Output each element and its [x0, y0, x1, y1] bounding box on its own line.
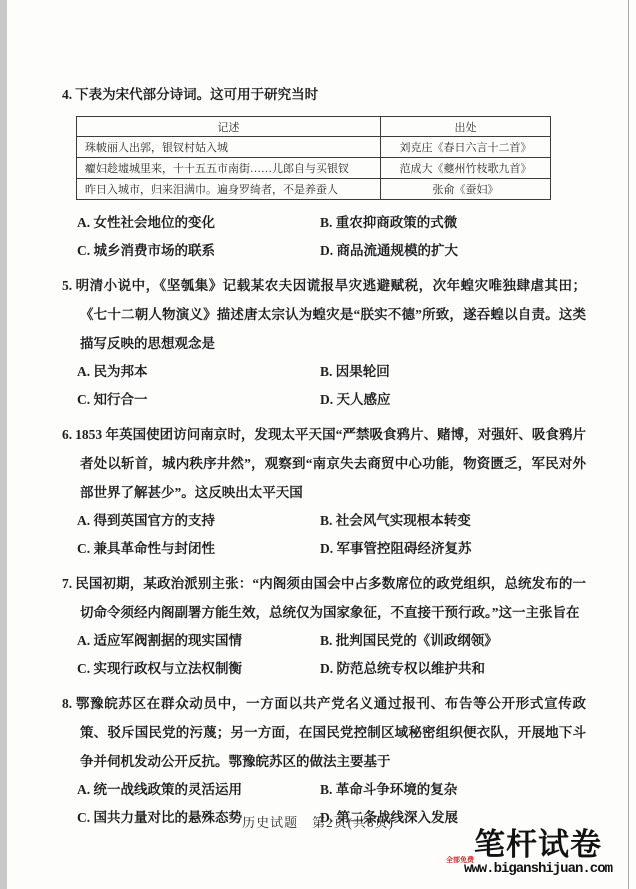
option-b: B. 因果轮回	[320, 358, 586, 386]
watermark: 全部免费 笔杆试卷 www.biganshijuan.com	[464, 828, 612, 877]
table-row: 珠帔丽人出郭，银钗村姑入城 刘克庄《春日六言十二首》	[77, 137, 551, 158]
question-4-options: A. 女性社会地位的变化 B. 重农抑商政策的式微 C. 城乡消费市场的联系 D…	[77, 209, 586, 265]
option-b: B. 批判国民党的《训政纲领》	[320, 627, 586, 655]
watermark-free-tag: 全部免费	[446, 855, 474, 865]
option-a: A. 统一战线政策的灵活运用	[77, 776, 320, 804]
question-5-stem: 5.明清小说中，《坚瓠集》记载某农夫因谎报旱灾逃避赋税，次年蝗灾唯独肆虐其田；《…	[62, 271, 586, 358]
option-c: C. 实现行政权与立法权制衡	[77, 655, 320, 683]
question-5-options: A. 民为邦本 B. 因果轮回 C. 知行合一 D. 天人感应	[77, 358, 586, 414]
option-d: D. 天人感应	[320, 386, 586, 414]
scan-edge-right	[628, 0, 629, 889]
question-7-options: A. 适应军阀割据的现实国情 B. 批判国民党的《训政纲领》 C. 实现行政权与…	[77, 627, 586, 683]
option-b: B. 社会风气实现根本转变	[320, 507, 586, 535]
table-row: 癯妇趁墟城里来，十十五五市南街……儿郎自与买银钗 范成大《夔州竹枝歌九首》	[77, 158, 551, 179]
poem-source: 范成大《夔州竹枝歌九首》	[381, 158, 551, 179]
question-8: 8.鄂豫皖苏区在群众动员中，一方面以共产党名义通过报刊、布告等公开形式宣传政策、…	[62, 689, 586, 832]
option-c: C. 兼具革命性与封闭性	[77, 535, 320, 563]
question-7-number: 7.	[62, 576, 72, 591]
option-a: A. 民为邦本	[77, 358, 320, 386]
question-4: 4.下表为宋代部分诗词。这可用于研究当时 记述 出处 珠帔丽人出郭，银钗村姑入城…	[62, 80, 586, 265]
exam-content: 4.下表为宋代部分诗词。这可用于研究当时 记述 出处 珠帔丽人出郭，银钗村姑入城…	[62, 74, 586, 832]
question-4-text: 下表为宋代部分诗词。这可用于研究当时	[75, 87, 318, 102]
watermark-url: www.biganshijuan.com	[464, 862, 612, 877]
question-6-stem: 6.1853 年英国使团访问南京时，发现太平天国“严禁吸食鸦片、赌博，对强奸、吸…	[62, 420, 586, 507]
question-7-text: 民国初期，某政治派别主张：“内阁须由国会中占多数席位的政党组织，总统发布的一切命…	[75, 576, 586, 620]
option-d: D. 军事管控阻碍经济复苏	[320, 535, 586, 563]
option-a: A. 女性社会地位的变化	[77, 209, 320, 237]
scan-edge-left	[0, 0, 7, 889]
question-7-stem: 7.民国初期，某政治派别主张：“内阁须由国会中占多数席位的政党组织，总统发布的一…	[62, 569, 586, 627]
question-8-stem: 8.鄂豫皖苏区在群众动员中，一方面以共产党名义通过报刊、布告等公开形式宣传政策、…	[62, 689, 586, 776]
option-b: B. 重农抑商政策的式微	[320, 209, 586, 237]
question-8-text: 鄂豫皖苏区在群众动员中，一方面以共产党名义通过报刊、布告等公开形式宣传政策、驳斥…	[75, 696, 586, 769]
option-a: A. 得到英国官方的支持	[77, 507, 320, 535]
question-7: 7.民国初期，某政治派别主张：“内阁须由国会中占多数席位的政党组织，总统发布的一…	[62, 569, 586, 683]
question-8-number: 8.	[62, 696, 72, 711]
poem-table-header-description: 记述	[77, 117, 381, 137]
poem-source: 张俞《蚕妇》	[381, 179, 551, 200]
option-d: D. 防范总统专权以维护共和	[320, 655, 586, 683]
question-6-text: 1853 年英国使团访问南京时，发现太平天国“严禁吸食鸦片、赌博，对强奸、吸食鸦…	[75, 427, 586, 500]
question-4-stem: 4.下表为宋代部分诗词。这可用于研究当时	[62, 80, 586, 109]
question-5-text: 明清小说中，《坚瓠集》记载某农夫因谎报旱灾逃避赋税，次年蝗灾唯独肆虐其田；《七十…	[75, 278, 586, 351]
table-row: 昨日入城市，归来泪满巾。遍身罗绮者，不是养蚕人 张俞《蚕妇》	[77, 179, 551, 200]
option-d: D. 商品流通规模的扩大	[320, 237, 586, 265]
poem-quote: 珠帔丽人出郭，银钗村姑入城	[77, 137, 381, 158]
option-c: C. 知行合一	[77, 386, 320, 414]
question-6-options: A. 得到英国官方的支持 B. 社会风气实现根本转变 C. 兼具革命性与封闭性 …	[77, 507, 586, 563]
option-c: C. 城乡消费市场的联系	[77, 237, 320, 265]
question-6: 6.1853 年英国使团访问南京时，发现太平天国“严禁吸食鸦片、赌博，对强奸、吸…	[62, 420, 586, 563]
question-6-number: 6.	[62, 427, 72, 442]
poem-source: 刘克庄《春日六言十二首》	[381, 137, 551, 158]
poem-table-header-row: 记述 出处	[77, 117, 551, 137]
exam-paper-page: 4.下表为宋代部分诗词。这可用于研究当时 记述 出处 珠帔丽人出郭，银钗村姑入城…	[0, 0, 636, 889]
option-b: B. 革命斗争环境的复杂	[320, 776, 586, 804]
question-4-number: 4.	[62, 87, 72, 102]
poem-quote: 昨日入城市，归来泪满巾。遍身罗绮者，不是养蚕人	[77, 179, 381, 200]
poem-table: 记述 出处 珠帔丽人出郭，银钗村姑入城 刘克庄《春日六言十二首》 癯妇趁墟城里来…	[76, 116, 551, 200]
poem-quote: 癯妇趁墟城里来，十十五五市南街……儿郎自与买银钗	[77, 158, 381, 179]
option-a: A. 适应军阀割据的现实国情	[77, 627, 320, 655]
poem-table-header-source: 出处	[381, 117, 551, 137]
watermark-brand: 笔杆试卷	[464, 828, 612, 862]
question-5-number: 5.	[62, 278, 72, 293]
question-5: 5.明清小说中，《坚瓠集》记载某农夫因谎报旱灾逃避赋税，次年蝗灾唯独肆虐其田；《…	[62, 271, 586, 414]
